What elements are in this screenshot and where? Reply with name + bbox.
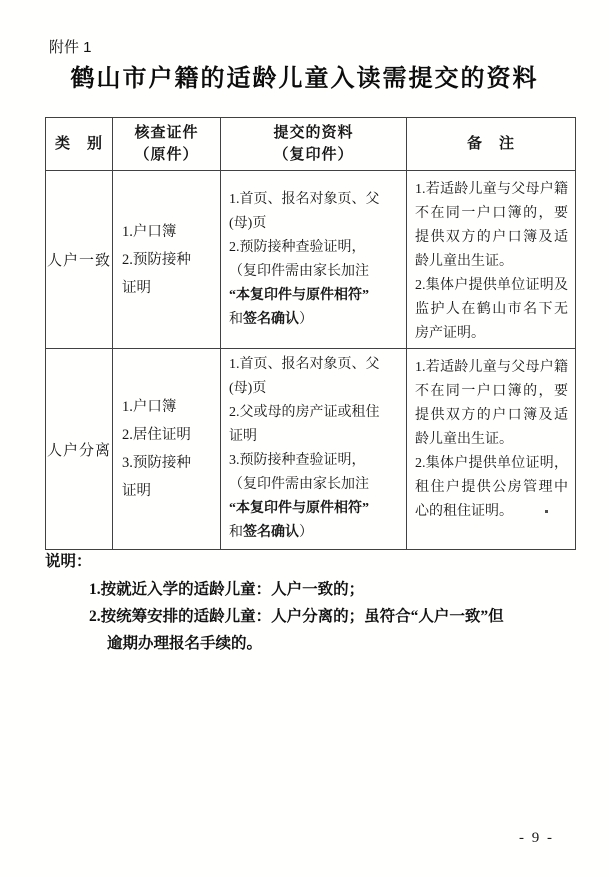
header-check-docs: 核查证件 （原件） <box>113 118 221 171</box>
cell-check-docs: 1.户口簿 2.居住证明 3.预防接种 证明 <box>113 349 221 550</box>
cell-remarks: 1.若适龄儿童与父母户籍不在同一户口簿的，要提供双方的户口簿及适龄儿童出生证。2… <box>407 171 576 349</box>
notes-section: 说明： 1.按就近入学的适龄儿童：人户一致的； 2.按统筹安排的适龄儿童：人户分… <box>45 548 555 657</box>
note-item: 2.按统筹安排的适龄儿童：人户分离的；虽符合“人户一致”但 逾期办理报名手续的。 <box>89 603 555 657</box>
cell-category: 人户一致 <box>46 171 113 349</box>
notes-list: 1.按就近入学的适龄儿童：人户一致的； 2.按统筹安排的适龄儿童：人户分离的；虽… <box>89 576 555 657</box>
requirements-table: 类 别 核查证件 （原件） 提交的资料 （复印件） 备 注 人户一致 1.户口簿… <box>45 117 576 550</box>
note-item: 1.按就近入学的适龄儿童：人户一致的； <box>89 576 555 603</box>
header-category: 类 别 <box>46 118 113 171</box>
cell-check-docs: 1.户口簿 2.预防接种 证明 <box>113 171 221 349</box>
cell-submit-docs: 1.首页、报名对象页、父 (母)页2.父或母的房产证或租住 证明3.预防接种查验… <box>221 349 407 550</box>
cell-category: 人户分离 <box>46 349 113 550</box>
page-title: 鹤山市户籍的适龄儿童入读需提交的资料 <box>0 58 609 93</box>
table-header-row: 类 别 核查证件 （原件） 提交的资料 （复印件） 备 注 <box>46 118 576 171</box>
table-row-separated-household: 人户分离 1.户口簿 2.居住证明 3.预防接种 证明 1.首页、报名对象页、父… <box>46 349 576 550</box>
attachment-label: 附件 1 <box>49 36 92 57</box>
page-number: - 9 - <box>519 830 554 847</box>
cell-submit-docs: 1.首页、报名对象页、父 (母)页2.预防接种查验证明， （复印件需由家长加注 … <box>221 171 407 349</box>
scan-artifact-dot <box>545 510 548 513</box>
table-row-matched-household: 人户一致 1.户口簿 2.预防接种 证明 1.首页、报名对象页、父 (母)页2.… <box>46 171 576 349</box>
notes-label: 说明： <box>45 548 555 575</box>
document-page: 附件 1 鹤山市户籍的适龄儿童入读需提交的资料 类 别 核查证件 （原件） 提交… <box>0 0 609 877</box>
header-remarks: 备 注 <box>407 118 576 171</box>
header-submit-docs: 提交的资料 （复印件） <box>221 118 407 171</box>
cell-remarks: 1.若适龄儿童与父母户籍不在同一户口簿的，要提供双方的户口簿及适龄儿童出生证。2… <box>407 349 576 550</box>
